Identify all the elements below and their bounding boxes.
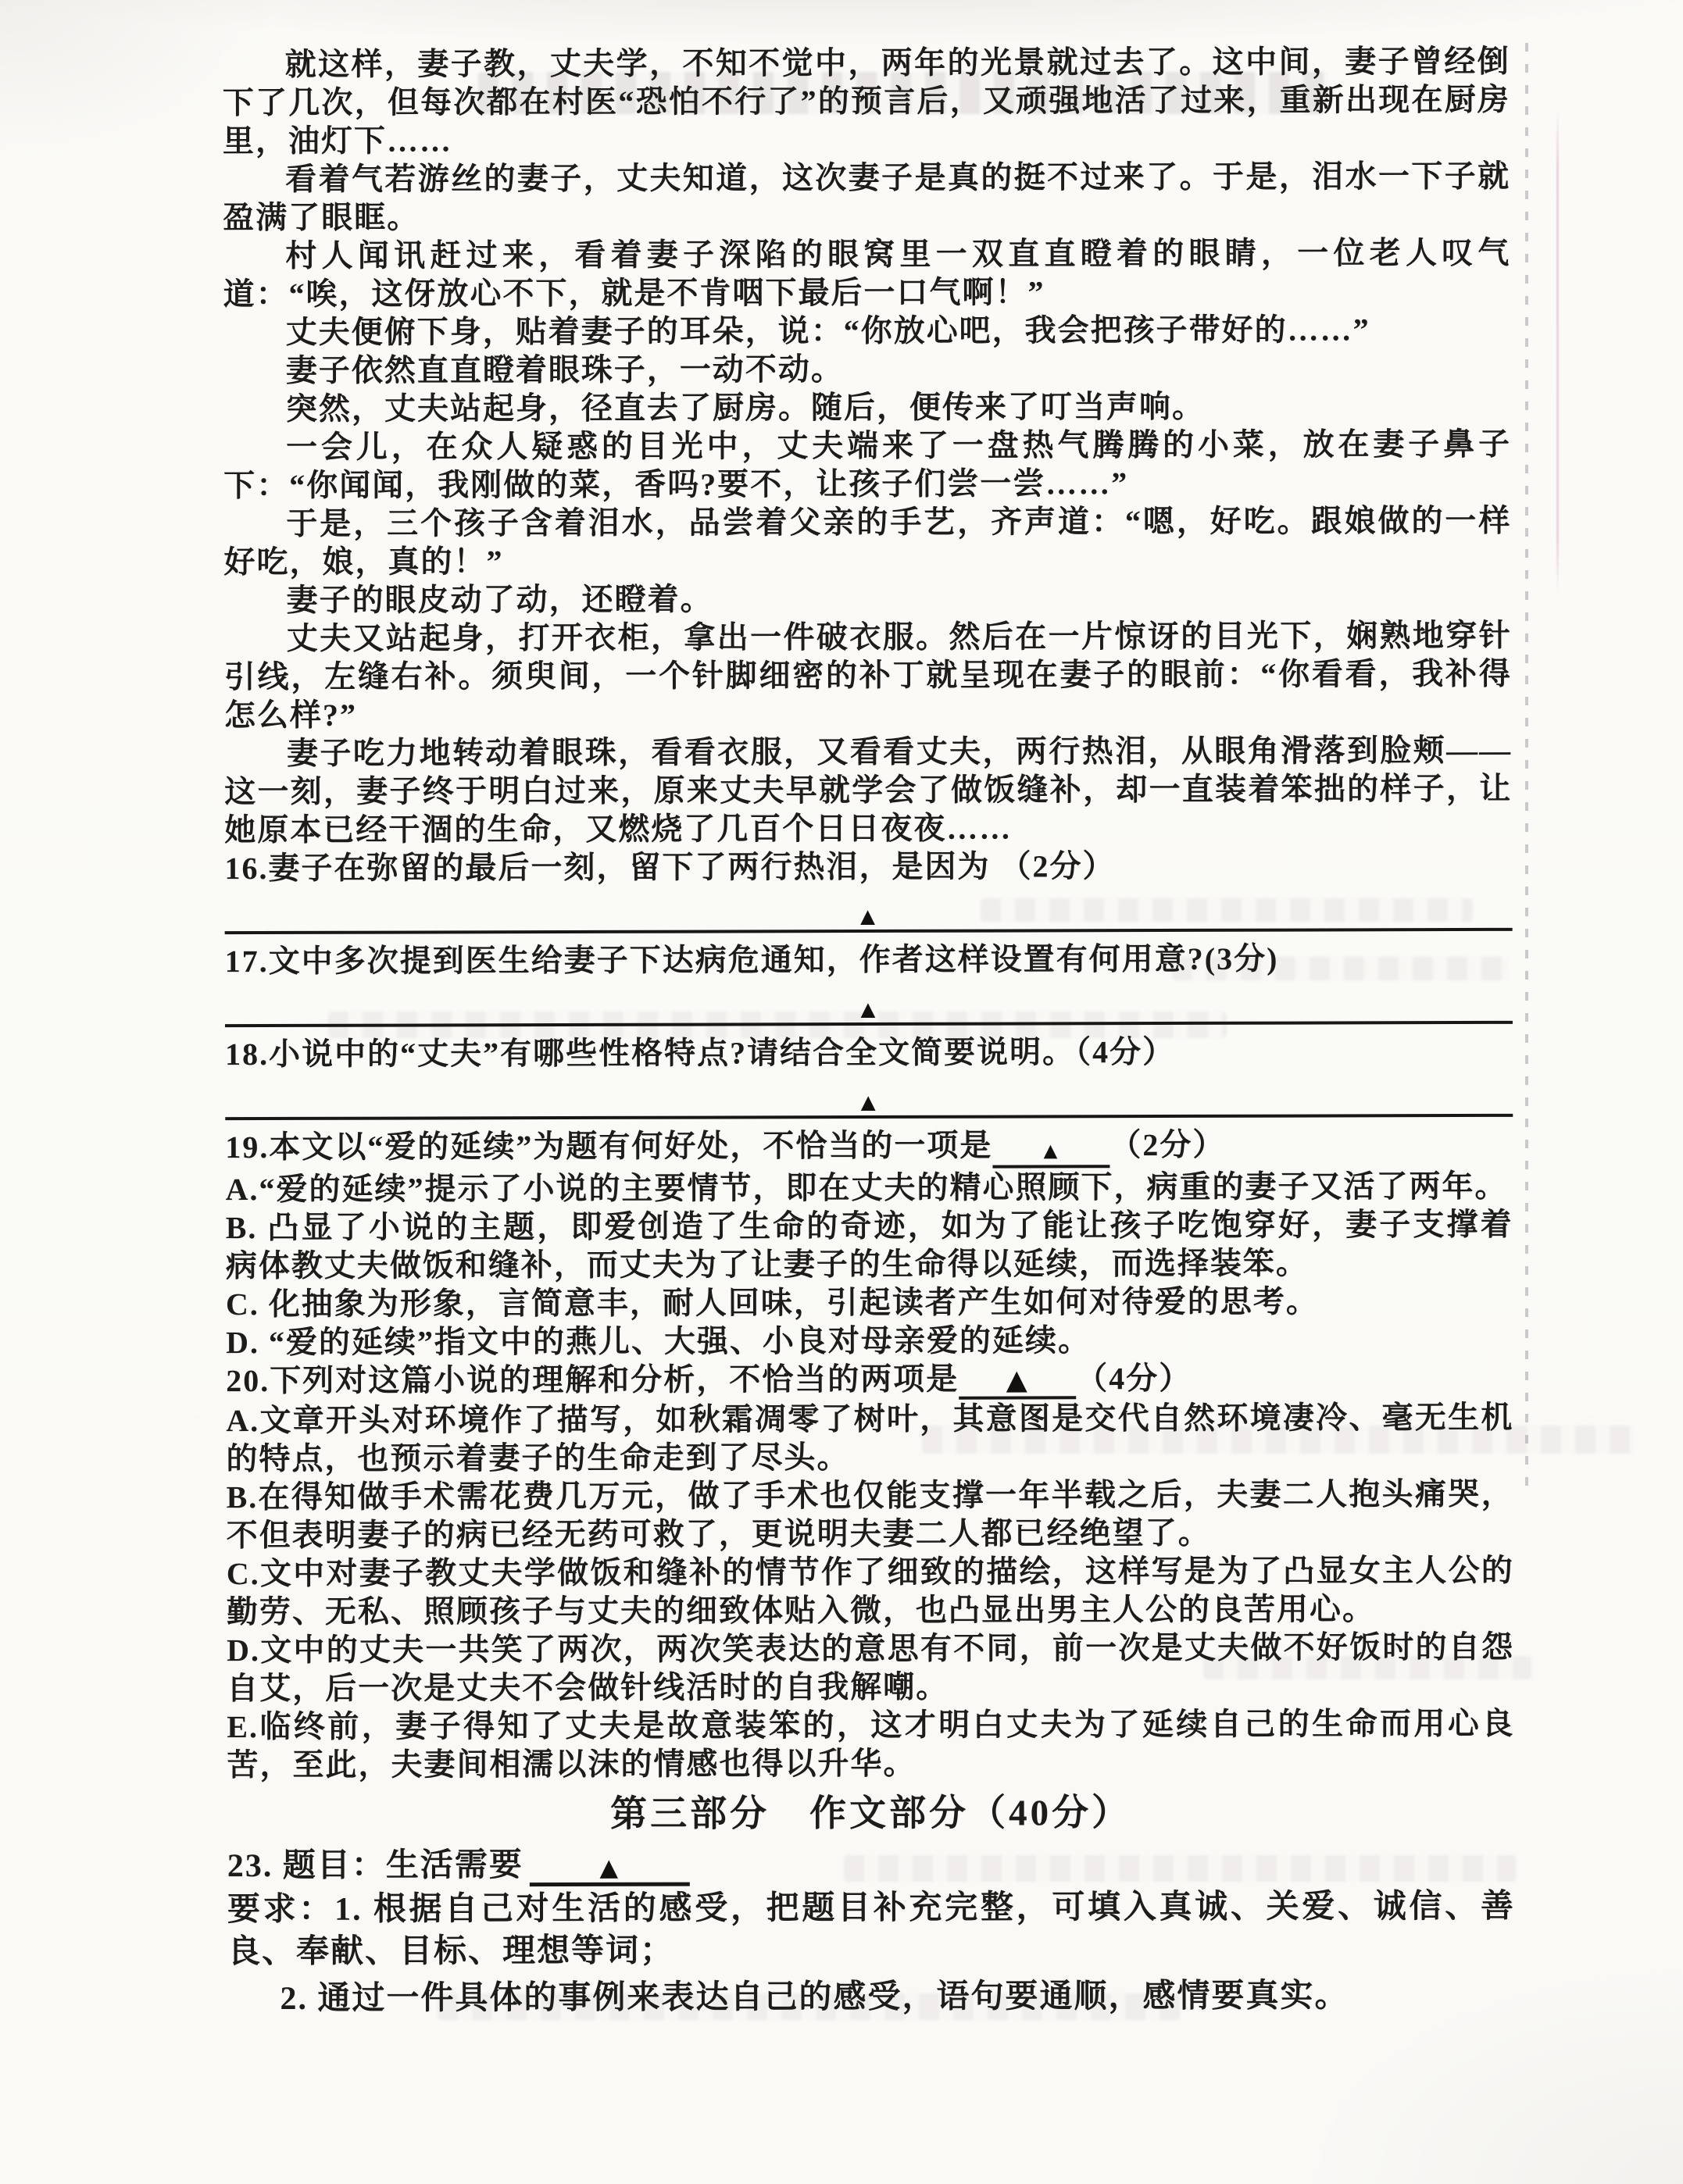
- question-18-block: 18.小说中的“丈夫”有哪些性格特点?请结合全文简要说明。（4分） ▲: [225, 1032, 1513, 1120]
- story-paragraph: 丈夫又站起身，打开衣柜，拿出一件破衣服。然后在一片惊讶的目光下，娴熟地穿针引线，…: [224, 616, 1512, 734]
- question-17-text: 17.文中多次提到医生给妻子下达病危通知，作者这样设置有何用意?(3分): [225, 939, 1513, 980]
- composition-section: 第三部分 作文部分（40分） 23. 题目：生活需要▲ 要求：1. 根据自己对生…: [227, 1789, 1516, 2020]
- question-19-option-c: C. 化抽象为形象，言简意丰，耐人回味，引起读者产生如何对待爱的思考。: [226, 1282, 1513, 1323]
- question-20-score: （4分）: [1076, 1361, 1192, 1396]
- question-20-stem: 20.下列对这篇小说的理解和分析，不恰当的两项是▲（4分）: [226, 1358, 1513, 1401]
- question-19-stem-text: 19.本文以“爱的延续”为题有何好处，不恰当的一项是: [225, 1128, 992, 1165]
- question-19-block: 19.本文以“爱的延续”为题有何好处，不恰当的一项是▲（2分） A.“爱的延续”…: [225, 1125, 1513, 1361]
- question-20-block: 20.下列对这篇小说的理解和分析，不恰当的两项是▲（4分） A.文章开头对环境作…: [226, 1358, 1514, 1784]
- question-16-answer-area: ▲: [225, 884, 1513, 934]
- story-paragraph: 于是，三个孩子含着泪水，品尝着父亲的手艺，齐声道：“嗯，好吃。跟娘做的一样好吃，…: [223, 501, 1511, 581]
- question-19-score: （2分）: [1109, 1127, 1225, 1162]
- story-paragraph: 妻子依然直直瞪着眼珠子，一动不动。: [223, 348, 1511, 390]
- question-20-option-c: C.文中对妻子教丈夫学做饭和缝补的情节作了细致的描绘，这样写是为了凸显女主人公的…: [227, 1551, 1514, 1631]
- section-3-heading: 第三部分 作文部分（40分）: [227, 1789, 1515, 1839]
- exam-scan-page: 就这样，妻子教，丈夫学，不知不觉中，两年的光景就过去了。这中间，妻子曾经倒下了几…: [0, 0, 1683, 2184]
- question-23-text: 23. 题目：生活需要: [227, 1847, 523, 1884]
- question-17-block: 17.文中多次提到医生给妻子下达病危通知，作者这样设置有何用意?(3分) ▲: [225, 939, 1513, 1027]
- composition-requirement-2: 2. 通过一件具体的事例来表达自己的感受，语句要通顺，感情要真实。: [227, 1975, 1515, 2020]
- story-paragraph: 妻子的眼皮动了动，还瞪着。: [223, 578, 1511, 619]
- story-paragraph: 突然，丈夫站起身，径直去了厨房。随后，便传来了叮当声响。: [223, 387, 1511, 428]
- exam-text-column: 就这样，妻子教，丈夫学，不知不觉中，两年的光景就过去了。这中间，妻子曾经倒下了几…: [223, 42, 1516, 2020]
- composition-requirement-1: 要求：1. 根据自己对生活的感受，把题目补充完整，可填入真诚、关爱、诚信、善良、…: [227, 1886, 1515, 1973]
- story-paragraph: 就这样，妻子教，丈夫学，不知不觉中，两年的光景就过去了。这中间，妻子曾经倒下了几…: [223, 42, 1510, 160]
- scan-dashed-line: [1525, 43, 1528, 1488]
- question-19-option-b: B. 凸显了小说的主题，即爱创造了生命的奇迹，如为了能让孩子吃饱穿好，妻子支撑着…: [226, 1205, 1513, 1285]
- story-paragraph: 丈夫便俯下身，贴着妻子的耳朵，说：“你放心吧，我会把孩子带好的……”: [223, 310, 1511, 352]
- question-23-title-blank: ▲: [530, 1854, 690, 1887]
- question-18-text: 18.小说中的“丈夫”有哪些性格特点?请结合全文简要说明。（4分）: [225, 1032, 1513, 1073]
- question-16-text: 16.妻子在弥留的最后一刻，留下了两行热泪，是因为 （2分）: [224, 846, 1512, 887]
- question-20-option-e: E.临终前，妻子得知了丈夫是故意装笨的，这才明白丈夫为了延续自己的生命而用心良苦…: [227, 1704, 1514, 1784]
- question-16-block: 16.妻子在弥留的最后一刻，留下了两行热泪，是因为 （2分） ▲: [224, 846, 1512, 934]
- question-19-stem: 19.本文以“爱的延续”为题有何好处，不恰当的一项是▲（2分）: [225, 1125, 1513, 1170]
- question-20-option-d: D.文中的丈夫一共笑了两次，两次笑表达的意思有不同，前一次是丈夫做不好饭时的自怨…: [227, 1628, 1514, 1708]
- question-23-title-line: 23. 题目：生活需要▲: [227, 1840, 1515, 1889]
- question-19-option-a: A.“爱的延续”提示了小说的主要情节，即在丈夫的精心照顾下，病重的妻子又活了两年…: [225, 1167, 1513, 1208]
- answer-triangle-mark: ▲: [593, 1850, 626, 1886]
- question-18-answer-area: ▲: [225, 1070, 1513, 1120]
- question-17-answer-area: ▲: [225, 977, 1513, 1027]
- question-20-option-b: B.在得知做手术需花费几万元，做了手术也仅能支撑一年半载之后，夫妻二人抱头痛哭，…: [226, 1475, 1513, 1554]
- question-19-answer-blank: ▲: [992, 1137, 1109, 1168]
- story-paragraph: 村人闻讯赶过来，看着妻子深陷的眼窝里一双直直瞪着的眼睛，一位老人叹气道：“唉，这…: [223, 234, 1510, 313]
- story-paragraph: 妻子吃力地转动着眼珠，看看衣服，又看看丈夫，两行热泪，从眼角滑落到脸颊——这一刻…: [224, 731, 1512, 849]
- story-paragraph: 看着气若游丝的妻子，丈夫知道，这次妻子是真的挺不过来了。于是，泪水一下子就盈满了…: [223, 157, 1510, 237]
- story-paragraph: 一会儿，在众人疑惑的目光中，丈夫端来了一盘热气腾腾的小菜，放在妻子鼻子下：“你闻…: [223, 425, 1511, 505]
- question-20-answer-blank: ▲: [959, 1365, 1076, 1399]
- answer-triangle-mark: ▲: [856, 903, 882, 930]
- question-20-option-a: A.文章开头对环境作了描写，如秋霜凋零了树叶，其意图是交代自然环境凄冷、毫无生机…: [226, 1398, 1513, 1478]
- question-20-stem-text: 20.下列对这篇小说的理解和分析，不恰当的两项是: [226, 1361, 959, 1398]
- answer-triangle-mark: ▲: [856, 996, 882, 1022]
- question-19-option-d: D. “爱的延续”指文中的燕儿、大强、小良对母亲爱的延续。: [226, 1320, 1513, 1361]
- reading-passage: 就这样，妻子教，丈夫学，不知不觉中，两年的光景就过去了。这中间，妻子曾经倒下了几…: [223, 42, 1513, 849]
- answer-triangle-mark: ▲: [1039, 1138, 1064, 1164]
- scan-pink-line: [1556, 109, 1559, 594]
- answer-triangle-mark: ▲: [856, 1089, 882, 1115]
- answer-triangle-mark: ▲: [999, 1360, 1036, 1400]
